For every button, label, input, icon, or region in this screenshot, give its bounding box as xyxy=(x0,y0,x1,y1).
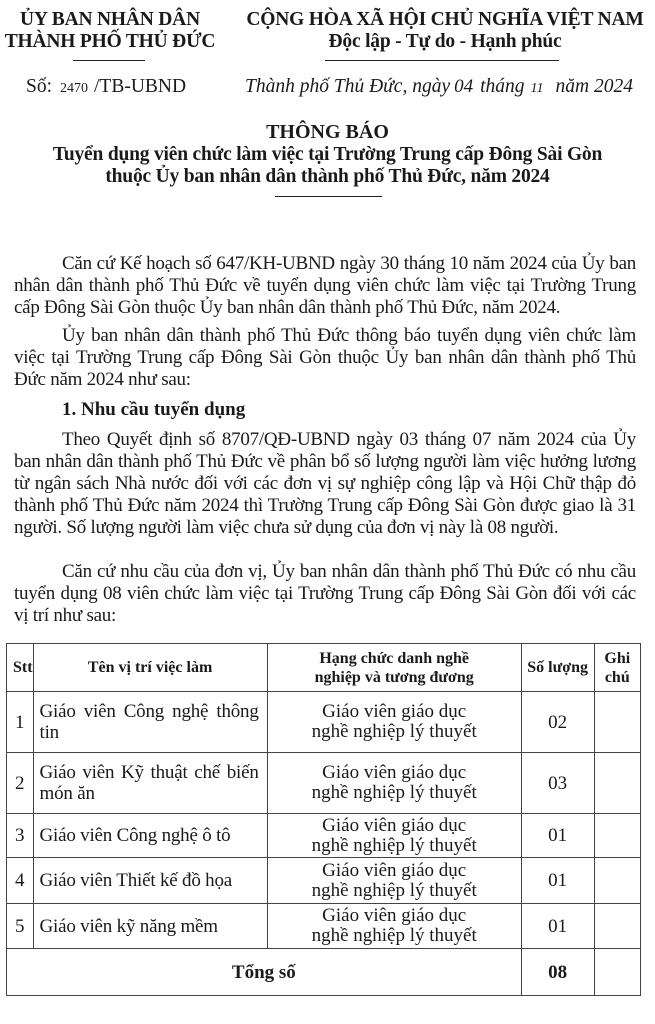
section-heading-recruitment-needs: 1. Nhu cầu tuyển dụng xyxy=(62,399,245,421)
date-month: 11 xyxy=(531,81,544,96)
notice-title-block: THÔNG BÁO Tuyển dụng viên chức làm việc … xyxy=(0,121,655,188)
cell-position: Giáo viên kỹ năng mềm xyxy=(33,904,267,949)
agency-line-2: THÀNH PHỐ THỦ ĐỨC xyxy=(0,31,220,53)
column-header-quantity: Số lượng xyxy=(521,644,594,692)
national-motto: Độc lập - Tự do - Hạnh phúc xyxy=(235,31,655,53)
motto-underline xyxy=(325,60,559,61)
cell-note xyxy=(594,753,640,814)
table-row: 4 Giáo viên Thiết kế đồ họa Giáo viên gi… xyxy=(7,858,641,904)
date-month-label: tháng xyxy=(480,76,524,97)
number-prefix: Số: xyxy=(26,76,52,97)
total-note xyxy=(594,949,640,996)
cell-quantity: 01 xyxy=(521,858,594,904)
column-header-stt: Stt xyxy=(7,644,34,692)
table-header-row: Stt Tên vị trí việc làm Hạng chức danh n… xyxy=(7,644,641,692)
paragraph-3-text: Theo Quyết định số 8707/QĐ-UBND ngày 03 … xyxy=(14,429,636,538)
cell-stt: 3 xyxy=(7,814,34,858)
paragraph-4-text: Căn cứ nhu cầu của đơn vị, Ủy ban nhân d… xyxy=(14,561,636,626)
cell-position: Giáo viên Thiết kế đồ họa xyxy=(33,858,267,904)
issuing-agency: ỦY BAN NHÂN DÂN THÀNH PHỐ THỦ ĐỨC xyxy=(0,9,220,53)
date-year: năm 2024 xyxy=(555,76,632,97)
cell-rank: Giáo viên giáo dục nghề nghiệp lý thuyết xyxy=(267,858,521,904)
cell-stt: 4 xyxy=(7,858,34,904)
number-suffix: /TB-UBND xyxy=(94,76,186,97)
column-header-note: Ghi chú xyxy=(594,644,640,692)
paragraph-positions-intro: Căn cứ nhu cầu của đơn vị, Ủy ban nhân d… xyxy=(14,561,636,627)
table-total-row: Tổng số 08 xyxy=(7,949,641,996)
paragraph-decision: Theo Quyết định số 8707/QĐ-UBND ngày 03 … xyxy=(14,429,636,539)
cell-note xyxy=(594,692,640,753)
table-row: 1 Giáo viên Công nghệ thông tin Giáo viê… xyxy=(7,692,641,753)
cell-position: Giáo viên Kỹ thuật chế biến món ăn xyxy=(33,753,267,814)
date-day: 04 xyxy=(454,76,473,97)
cell-note xyxy=(594,858,640,904)
cell-position: Giáo viên Công nghệ thông tin xyxy=(33,692,267,753)
national-name: CỘNG HÒA XÃ HỘI CHỦ NGHĨA VIỆT NAM xyxy=(235,9,655,31)
total-label: Tổng số xyxy=(7,949,522,996)
cell-note xyxy=(594,814,640,858)
agency-underline xyxy=(73,60,145,61)
cell-quantity: 01 xyxy=(521,904,594,949)
table-row: 3 Giáo viên Công nghệ ô tô Giáo viên giá… xyxy=(7,814,641,858)
document-date: Thành phố Thủ Đức, ngày04tháng11năm 2024 xyxy=(245,76,633,98)
table-row: 5 Giáo viên kỹ năng mềm Giáo viên giáo d… xyxy=(7,904,641,949)
notice-heading: THÔNG BÁO xyxy=(0,121,655,144)
title-underline xyxy=(275,196,382,197)
notice-subtitle-line-1: Tuyển dụng viên chức làm việc tại Trường… xyxy=(0,144,655,166)
cell-stt: 2 xyxy=(7,753,34,814)
table-row: 2 Giáo viên Kỹ thuật chế biến món ăn Giá… xyxy=(7,753,641,814)
cell-stt: 1 xyxy=(7,692,34,753)
column-header-rank: Hạng chức danh nghề nghiệp và tương đươn… xyxy=(267,644,521,692)
total-quantity: 08 xyxy=(521,949,594,996)
paragraph-announcement: Ủy ban nhân dân thành phố Thủ Đức thông … xyxy=(14,325,636,391)
positions-table: Stt Tên vị trí việc làm Hạng chức danh n… xyxy=(6,643,641,996)
date-place: Thành phố Thủ Đức, ngày xyxy=(245,76,450,97)
cell-position: Giáo viên Công nghệ ô tô xyxy=(33,814,267,858)
cell-note xyxy=(594,904,640,949)
column-header-position: Tên vị trí việc làm xyxy=(33,644,267,692)
cell-rank: Giáo viên giáo dục nghề nghiệp lý thuyết xyxy=(267,814,521,858)
cell-rank: Giáo viên giáo dục nghề nghiệp lý thuyết xyxy=(267,753,521,814)
cell-rank: Giáo viên giáo dục nghề nghiệp lý thuyết xyxy=(267,904,521,949)
cell-quantity: 03 xyxy=(521,753,594,814)
agency-line-1: ỦY BAN NHÂN DÂN xyxy=(0,9,220,31)
cell-stt: 5 xyxy=(7,904,34,949)
cell-quantity: 02 xyxy=(521,692,594,753)
number-value: 2470 xyxy=(60,81,88,96)
paragraph-legal-basis: Căn cứ Kế hoạch số 647/KH-UBND ngày 30 t… xyxy=(14,253,636,319)
paragraph-1-text: Căn cứ Kế hoạch số 647/KH-UBND ngày 30 t… xyxy=(14,253,636,318)
notice-subtitle-line-2: thuộc Ủy ban nhân dân thành phố Thủ Đức,… xyxy=(0,166,655,188)
national-title: CỘNG HÒA XÃ HỘI CHỦ NGHĨA VIỆT NAM Độc l… xyxy=(235,9,655,53)
document-number: Số:2470/TB-UBND xyxy=(26,76,186,98)
cell-quantity: 01 xyxy=(521,814,594,858)
cell-rank: Giáo viên giáo dục nghề nghiệp lý thuyết xyxy=(267,692,521,753)
paragraph-2-text: Ủy ban nhân dân thành phố Thủ Đức thông … xyxy=(14,325,636,390)
